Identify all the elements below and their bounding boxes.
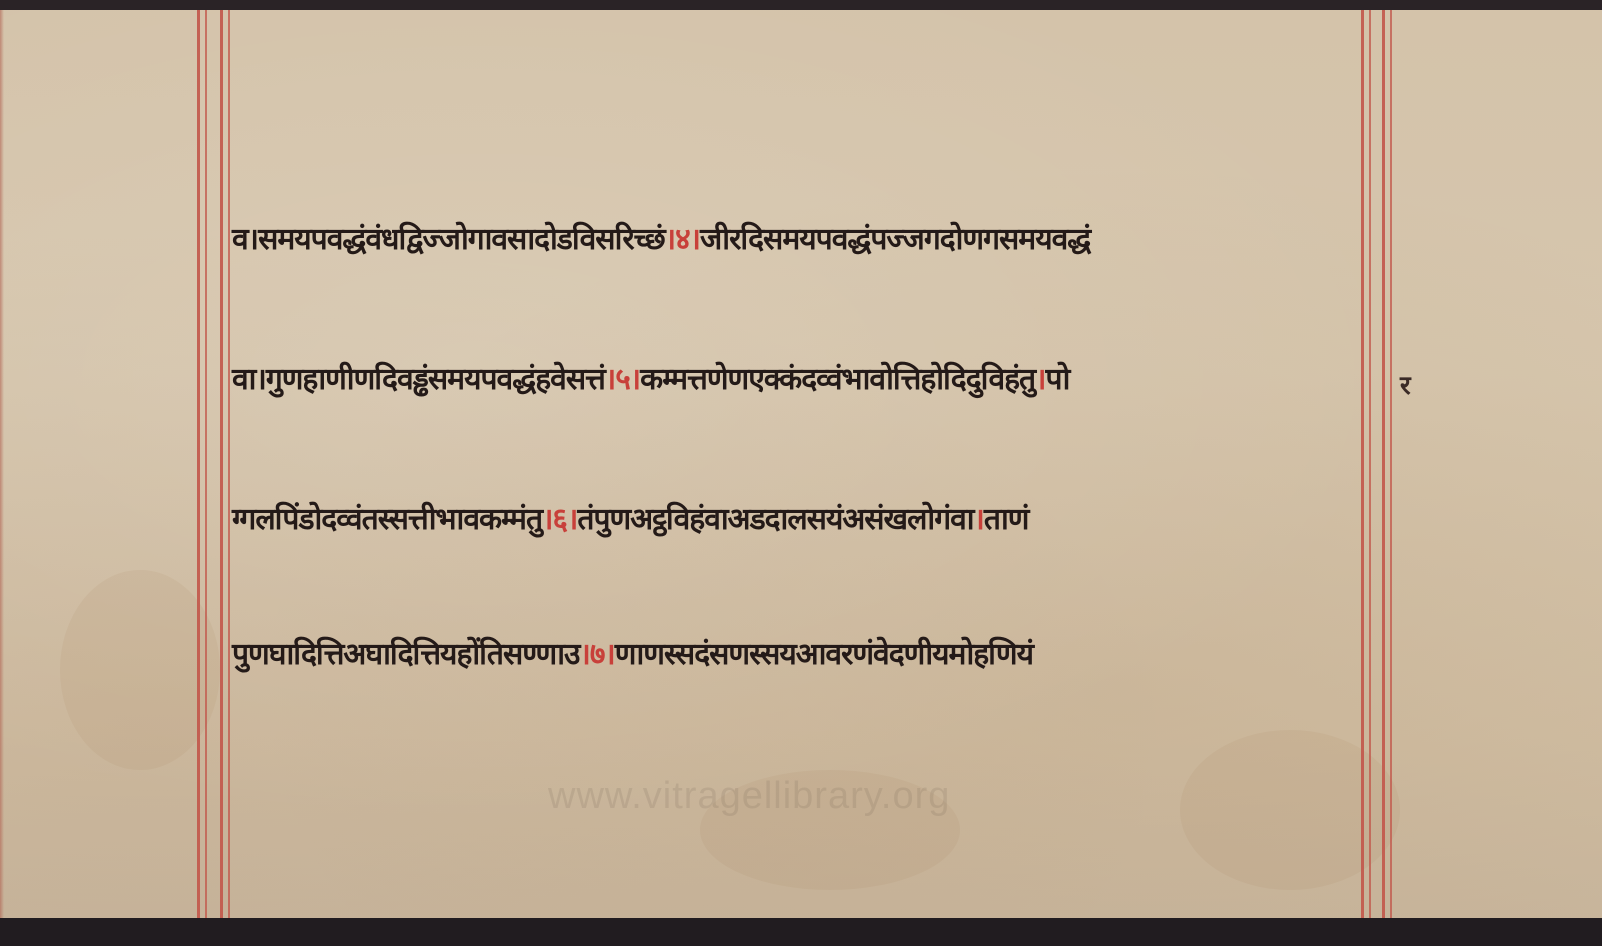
manuscript-folio: व।समयपवद्धंवंधद्विज्जोगावसादोडविसरिच्छं।… [0, 10, 1602, 920]
margin-annotation: र [1400, 366, 1411, 402]
text-segment: पो [1046, 362, 1070, 397]
danda-marker: । [974, 502, 984, 537]
text-segment: वा। [232, 362, 266, 397]
right-border-rule [1369, 10, 1371, 918]
left-border-rule [205, 10, 207, 918]
text-segment: तंपुणअट्ठविहंवाअडदालसयंअसंखलोगंवा [577, 502, 973, 537]
left-border-rule [220, 10, 223, 918]
text-segment: पुणघादित्तिअघादित्तियहोंतिसण्णाउ [232, 637, 579, 672]
text-segment: ग्गलपिंडोदव्वंतस्सत्तीभावकम्मंतु [232, 502, 542, 537]
verse-number-marker: ।५। [605, 362, 640, 397]
right-border-rule [1390, 10, 1392, 918]
verse-number-marker: ।७। [579, 637, 614, 672]
text-line-4: पुणघादित्तिअघादित्तियहोंतिसण्णाउ।७।णाणस्… [232, 625, 1382, 685]
verse-number-marker: ।६। [542, 502, 577, 537]
danda-marker: । [1035, 362, 1045, 397]
manuscript-photo: व।समयपवद्धंवंधद्विज्जोगावसादोडविसरिच्छं।… [0, 0, 1602, 946]
text-line-2: वा।गुणहाणीणदिवड्ढंसमयपवद्धंहवेसत्तं।५।कम… [232, 350, 1382, 410]
text-segment: समयपवद्धंवंधद्विज्जोगावसादोडविसरिच्छं [258, 222, 665, 257]
paper-stain [60, 570, 220, 770]
watermark-text: www.vitragellibrary.org [548, 775, 950, 818]
right-border-rule [1382, 10, 1385, 918]
text-segment: व। [232, 222, 258, 257]
bottom-background-band [0, 918, 1602, 946]
left-border-rule [197, 10, 200, 918]
text-line-1: व।समयपवद्धंवंधद्विज्जोगावसादोडविसरिच्छं।… [232, 210, 1382, 270]
text-segment: णाणस्सदंसणस्सयआवरणंवेदणीयमोहणियं [615, 637, 1033, 672]
right-border-rule [1361, 10, 1364, 918]
left-border-rule [228, 10, 230, 918]
verse-number-marker: ।४। [665, 222, 700, 257]
paper-stain [1180, 730, 1400, 890]
text-segment: गुणहाणीणदिवड्ढंसमयपवद्धंहवेसत्तं [266, 362, 605, 397]
text-line-3: ग्गलपिंडोदव्वंतस्सत्तीभावकम्मंतु।६।तंपुण… [232, 490, 1382, 550]
text-segment: ताणं [984, 502, 1029, 537]
text-segment: जीरदिसमयपवद्धंपज्जगदोणगसमयवद्धं [700, 222, 1090, 257]
text-segment: कम्मत्तणेणएक्कंदव्वंभावोत्तिहोदिदुविहंतु [640, 362, 1035, 397]
left-edge-stain [0, 10, 4, 918]
